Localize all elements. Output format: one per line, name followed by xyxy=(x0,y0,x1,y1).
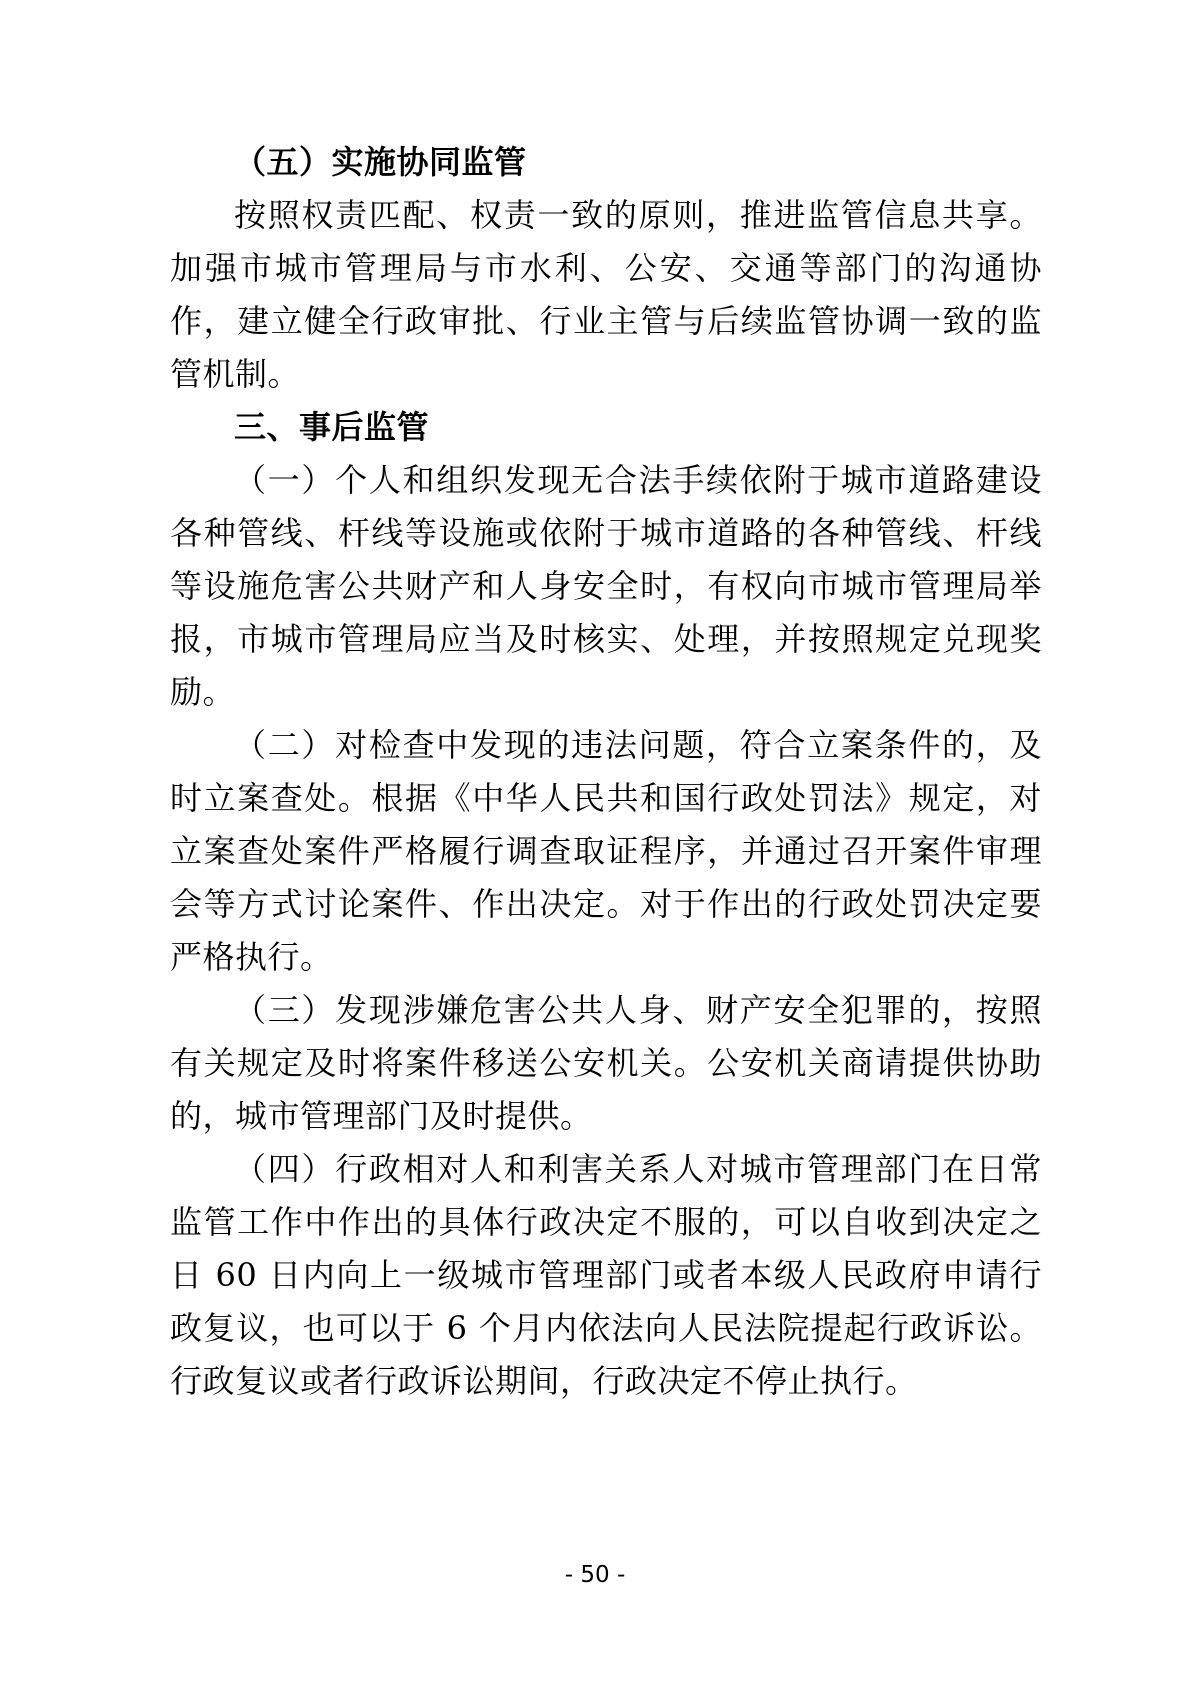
section-heading-wu: （五）实施协同监管 xyxy=(170,136,1042,189)
document-page: （五）实施协同监管 按照权责匹配、权责一致的原则，推进监管信息共享。加强市城市管… xyxy=(0,0,1190,1683)
paragraph-supervision-info: 按照权责匹配、权责一致的原则，推进监管信息共享。加强市城市管理局与市水利、公安、… xyxy=(170,189,1042,401)
section-heading-post-supervision: 三、事后监管 xyxy=(170,401,1042,454)
paragraph-item-1: （一）个人和组织发现无合法手续依附于城市道路建设各种管线、杆线等设施或依附于城市… xyxy=(170,454,1042,719)
paragraph-item-2: （二）对检查中发现的违法问题，符合立案条件的，及时立案查处。根据《中华人民共和国… xyxy=(170,719,1042,984)
page-number: - 50 - xyxy=(0,1560,1190,1590)
paragraph-item-3: （三）发现涉嫌危害公共人身、财产安全犯罪的，按照有关规定及时将案件移送公安机关。… xyxy=(170,984,1042,1143)
document-body: （五）实施协同监管 按照权责匹配、权责一致的原则，推进监管信息共享。加强市城市管… xyxy=(170,136,1042,1408)
paragraph-item-4: （四）行政相对人和利害关系人对城市管理部门在日常监管工作中作出的具体行政决定不服… xyxy=(170,1143,1042,1408)
